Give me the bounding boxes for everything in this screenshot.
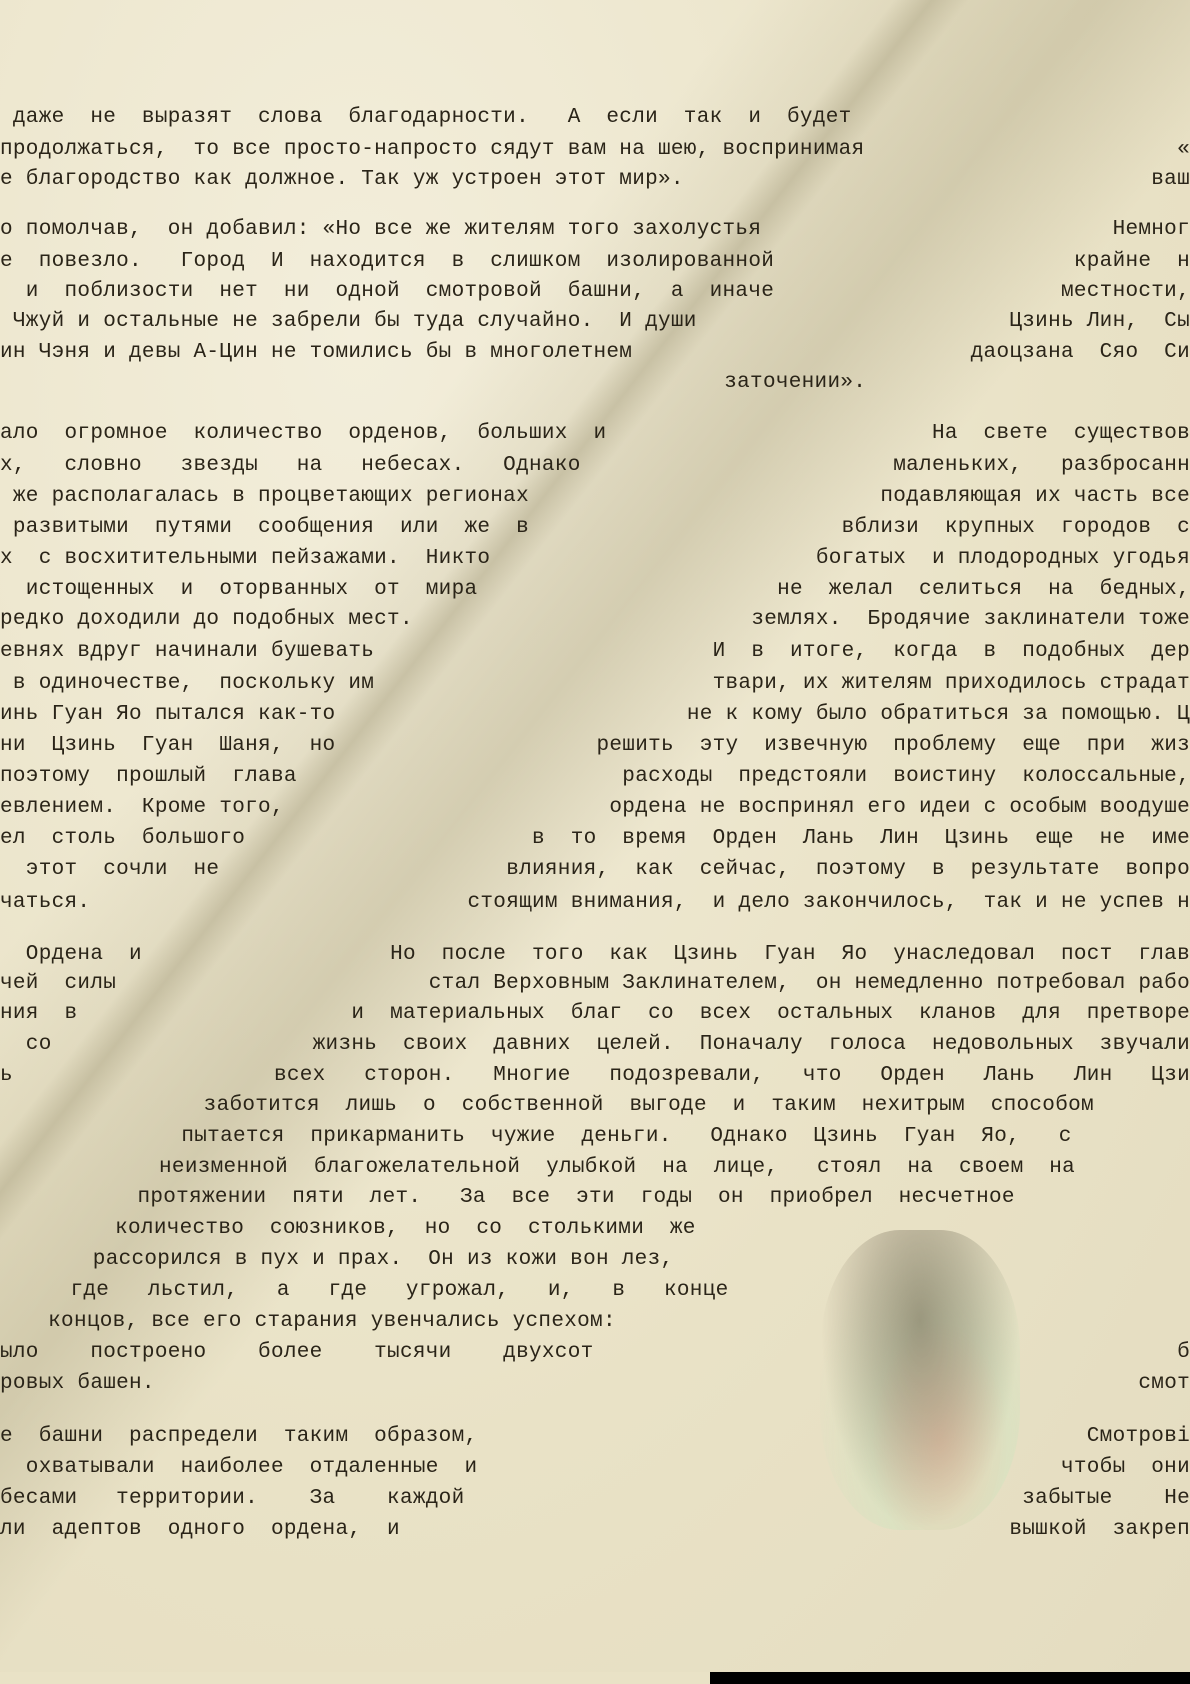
text-line-left: Чжуй и остальные не забрели бы туда случ… (0, 310, 697, 334)
text-line-right: ордена не воспринял его идеи с особым во… (609, 796, 1190, 820)
text-line-right: вышкой закреп (1009, 1518, 1190, 1542)
text-line-right: неизменной благожелательной улыбкой на л… (159, 1156, 1075, 1180)
text-line-right: смот (1138, 1372, 1190, 1396)
text-line-right: в то время Орден Лань Лин Цзинь еще не и… (532, 827, 1190, 851)
text-line-right: местности, (1061, 280, 1190, 304)
text-line-right: крайне н (1074, 250, 1190, 274)
text-line-left: евнях вдруг начинали бушевать (0, 640, 374, 664)
text-line-left: ыло построено более тысячи двухсот (0, 1341, 594, 1365)
text-line-right: забытые Не (1022, 1487, 1190, 1511)
text-line-right: влияния, как сейчас, поэтому в результат… (506, 858, 1190, 882)
text-line-right: Смотрові (1087, 1425, 1190, 1449)
text-line-right: жизнь своих давних целей. Поначалу голос… (313, 1033, 1190, 1057)
text-line-right: « (1177, 138, 1190, 162)
text-line-right: стал Верховным Заклинателем, он немедлен… (429, 972, 1190, 996)
text-line-right: подавляющая их часть все (880, 485, 1190, 509)
text-line-right: землях. Бродячие заклинатели тоже (751, 608, 1190, 632)
text-line-left: ин Чэня и девы А-Цин не томились бы в мн… (0, 341, 632, 365)
text-line-left: охватывали наиболее отдаленные и (0, 1456, 477, 1480)
text-line-right: стоящим внимания, и дело закончилось, та… (467, 891, 1190, 915)
character-illustration (820, 1230, 1020, 1530)
text-line-right: количество союзников, но со столькими же (115, 1217, 696, 1241)
text-line-left: евлением. Кроме того, (0, 796, 284, 820)
text-line-left: инь Гуан Яо пытался как-то (0, 703, 335, 727)
text-line-left: чей силы (0, 972, 116, 996)
text-line-right: концов, все его старания увенчались успе… (48, 1310, 616, 1334)
text-line-right: рассорился в пух и прах. Он из кожи вон … (93, 1248, 674, 1272)
text-line-left: ли адептов одного ордена, и (0, 1518, 400, 1542)
text-line-left: ел столь большого (0, 827, 245, 851)
text-line-right: всех сторон. Многие подозревали, что Орд… (274, 1064, 1190, 1088)
text-line-left: бесами территории. За каждой (0, 1487, 464, 1511)
text-line-left: чаться. (0, 891, 90, 915)
text-line-left: поэтому прошлый глава (0, 765, 297, 789)
text-line-right: б (1177, 1341, 1190, 1365)
text-line-left: е благородство как должное. Так уж устро… (0, 168, 684, 192)
text-line-left: же располагалась в процветающих регионах (0, 485, 529, 509)
text-line-right: Немног (1113, 218, 1190, 242)
text-line-right: где льстил, а где угрожал, и, в конце (70, 1279, 728, 1303)
text-line-right: ваш (1151, 168, 1190, 192)
page-bottom-margin (0, 1672, 710, 1684)
text-line-right: заточении». (724, 371, 866, 395)
text-line-left: х, словно звезды на небесах. Однако (0, 454, 581, 478)
text-line-left: даже не выразят слова благодарности. А е… (0, 106, 852, 130)
text-line-left: е повезло. Город И находится в слишком и… (0, 250, 774, 274)
text-line-right: твари, их жителям приходилось страдат (713, 672, 1190, 696)
text-line-right: вблизи крупных городов с (842, 516, 1190, 540)
text-line-right: пытается прикарманить чужие деньги. Одна… (181, 1125, 1071, 1149)
text-line-left: ь (0, 1064, 13, 1088)
text-line-left: ало огромное количество орденов, больших… (0, 422, 606, 446)
text-line-left: Ордена и (0, 943, 142, 967)
text-line-right: протяжении пяти лет. За все эти годы он … (137, 1186, 1014, 1210)
text-line-left: истощенных и оторванных от мира (0, 578, 477, 602)
text-line-right: не к кому было обратиться за помощью. Ц (687, 703, 1190, 727)
text-line-right: Но после того как Цзинь Гуан Яо унаследо… (390, 943, 1190, 967)
text-line-left: продолжаться, то все просто-напросто сяд… (0, 138, 864, 162)
text-line-right: даоцзана Сяо Си (971, 341, 1190, 365)
text-line-right: На свете существов (932, 422, 1190, 446)
text-line-right: решить эту извечную проблему еще при жиз (597, 734, 1190, 758)
text-line-left: редко доходили до подобных мест. (0, 608, 413, 632)
text-line-left: ния в (0, 1002, 77, 1026)
text-line-left: ни Цзинь Гуан Шаня, но (0, 734, 335, 758)
text-line-right: и материальных благ со всех остальных кл… (351, 1002, 1190, 1026)
text-line-right: чтобы они (1061, 1456, 1190, 1480)
text-line-left: х с восхитительными пейзажами. Никто (0, 547, 490, 571)
text-line-right: не желал селиться на бедных, (777, 578, 1190, 602)
text-line-right: заботится лишь о собственной выгоде и та… (204, 1094, 1094, 1118)
text-line-right: И в итоге, когда в подобных дер (713, 640, 1190, 664)
text-line-left: е башни распредели таким образом, (0, 1425, 477, 1449)
text-line-left: в одиночестве, поскольку им (0, 672, 374, 696)
text-line-left: ровых башен. (0, 1372, 155, 1396)
text-line-left: о помолчав, он добавил: «Но все же жител… (0, 218, 761, 242)
text-line-right: расходы предстояли воистину колоссальные… (622, 765, 1190, 789)
text-line-right: маленьких, разбросанн (893, 454, 1190, 478)
text-line-left: развитыми путями сообщения или же в (0, 516, 529, 540)
scan-black-border (710, 1672, 1190, 1684)
text-line-right: богатых и плодородных угодья (816, 547, 1190, 571)
text-line-left: со (0, 1033, 52, 1057)
text-line-left: этот сочли не (0, 858, 219, 882)
text-line-left: и поблизости нет ни одной смотровой башн… (0, 280, 774, 304)
text-line-right: Цзинь Лин, Сы (1009, 310, 1190, 334)
